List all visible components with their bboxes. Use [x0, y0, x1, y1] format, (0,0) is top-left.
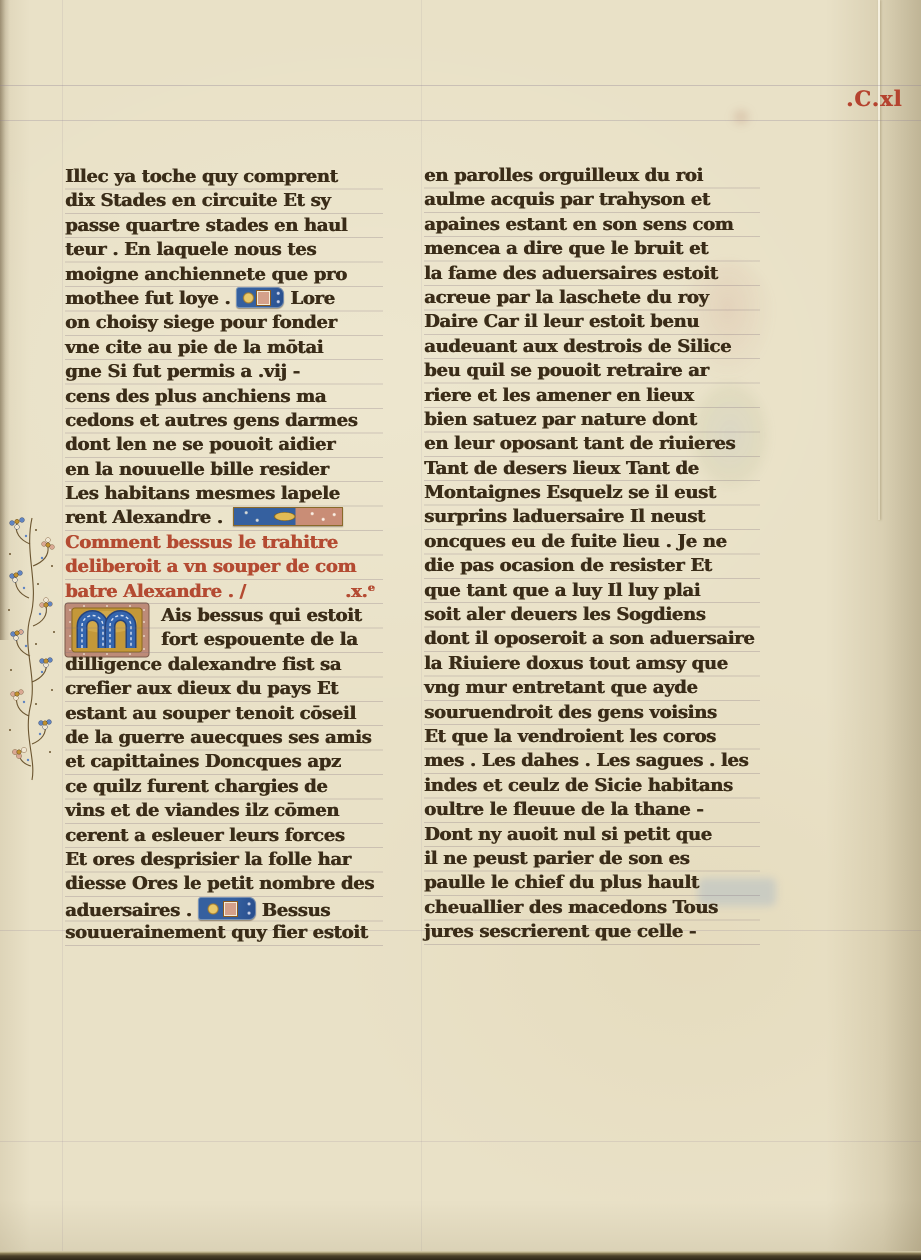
manuscript-line: soit aler deuers les Sogdiens: [424, 603, 760, 627]
line-text: dont len ne se pouoit aidier: [65, 434, 335, 455]
line-text: dont il oposeroit a son aduersaire: [424, 628, 754, 649]
manuscript-line: souruendroit des gens voisins: [424, 701, 760, 725]
manuscript-page: .C.xl: [0, 0, 921, 1260]
line-text: Et que la vendroient les coros: [424, 726, 716, 747]
line-text: crefier aux dieux du pays Et: [65, 678, 338, 699]
manuscript-line: Illec ya toche quy comprent: [65, 165, 383, 189]
text-column-right: en parolles orguilleux du roi aulme acqu…: [424, 164, 760, 945]
line-text: Ais bessus qui estoit: [161, 605, 362, 626]
line-text: aduersaires .: [65, 900, 192, 921]
manuscript-line: oultre le fleuue de la thane -: [424, 798, 760, 822]
line-text: batre Alexandre . /: [65, 580, 246, 604]
manuscript-line: die pas ocasion de resister Et: [424, 554, 760, 578]
line-text: ce quilz furent chargies de: [65, 776, 327, 797]
manuscript-line: dont len ne se pouoit aidier: [65, 433, 383, 457]
line-text: estant au souper tenoit cōseil: [65, 703, 356, 724]
manuscript-line: surprins laduersaire Il neust: [424, 505, 760, 529]
manuscript-line: que tant que a luy Il luy plai: [424, 579, 760, 603]
manuscript-line: beu quil se pouoit retraire ar: [424, 359, 760, 383]
manuscript-line: Et ores desprisier la folle har: [65, 848, 383, 872]
page-bottom-edge: [0, 1251, 921, 1260]
ruling-line-vertical: [421, 0, 422, 1260]
line-text: mes . Les dahes . Les sagues . les: [424, 750, 748, 771]
line-text: en parolles orguilleux du roi: [424, 165, 703, 186]
line-text: deliberoit a vn souper de com: [65, 556, 356, 577]
line-text: mencea a dire que le bruit et: [424, 238, 708, 259]
manuscript-line: acreue par la laschete du roy: [424, 286, 760, 310]
line-text: dix Stades en circuite Et sy: [65, 190, 330, 211]
line-text: Comment bessus le trahitre: [65, 532, 338, 553]
manuscript-line: mothee fut loye .Lore: [65, 287, 383, 311]
manuscript-line: en leur oposant tant de riuieres: [424, 432, 760, 456]
line-text: Tant de desers lieux Tant de: [424, 458, 699, 479]
line-text: moigne anchiennete que pro: [65, 264, 347, 285]
text-column-left: Illec ya toche quy comprent dix Stades e…: [65, 165, 383, 946]
line-text: .x.ᵉ: [345, 580, 375, 604]
manuscript-line: moigne anchiennete que pro: [65, 263, 383, 287]
flower: [10, 518, 25, 530]
manuscript-line: crefier aux dieux du pays Et: [65, 677, 383, 701]
manuscript-line: vne cite au pie de la mōtai: [65, 336, 383, 360]
manuscript-line: cens des plus anchiens ma: [65, 385, 383, 409]
line-text: en la nouuelle bille resider: [65, 459, 329, 480]
manuscript-line: dix Stades en circuite Et sy: [65, 189, 383, 213]
manuscript-line: de la guerre auecques ses amis: [65, 726, 383, 750]
manuscript-line: vng mur entretant que ayde: [424, 676, 760, 700]
manuscript-line: la fame des aduersaires estoit: [424, 262, 760, 286]
manuscript-line: aduersaires .Bessus: [65, 897, 383, 921]
line-text: indes et ceulz de Sicie habitans: [424, 775, 733, 796]
line-text: beu quil se pouoit retraire ar: [424, 360, 709, 381]
floral-vine-border-icon: [2, 514, 64, 784]
manuscript-line: riere et les amener en lieux: [424, 384, 760, 408]
ink-bleed-stain: [728, 108, 754, 126]
folio-number: .C.xl: [846, 86, 921, 111]
ruling-line: [0, 1141, 921, 1142]
line-filler-ornament-icon: [198, 897, 256, 920]
line-text: apaines estant en son sens com: [424, 214, 733, 235]
manuscript-line: paulle le chief du plus hault: [424, 871, 760, 895]
manuscript-line: mencea a dire que le bruit et: [424, 237, 760, 261]
line-text: souuerainement quy fier estoit: [65, 922, 368, 943]
line-text: audeuant aux destrois de Silice: [424, 336, 731, 357]
manuscript-line: teur . En laquele nous tes: [65, 238, 383, 262]
line-text: que tant que a luy Il luy plai: [424, 580, 700, 601]
manuscript-line: Daire Car il leur estoit benu: [424, 310, 760, 334]
manuscript-line: jures sescrierent que celle -: [424, 920, 760, 944]
line-text: vng mur entretant que ayde: [424, 677, 697, 698]
line-text: teur . En laquele nous tes: [65, 239, 316, 260]
manuscript-line: diesse Ores le petit nombre des: [65, 872, 383, 896]
manuscript-line: gne Si fut permis a .vij -: [65, 360, 383, 384]
manuscript-line: cerent a esleuer leurs forces: [65, 824, 383, 848]
manuscript-line: batre Alexandre . /.x.ᵉ: [65, 580, 383, 604]
line-text: en leur oposant tant de riuieres: [424, 433, 735, 454]
line-text: passe quartre stades en haul: [65, 215, 347, 236]
manuscript-line: rent Alexandre .: [65, 506, 383, 530]
line-text: oultre le fleuue de la thane -: [424, 799, 703, 820]
manuscript-line: cedons et autres gens darmes: [65, 409, 383, 433]
manuscript-line: ce quilz furent chargies de: [65, 775, 383, 799]
line-text: bien satuez par nature dont: [424, 409, 697, 430]
line-text: acreue par la laschete du roy: [424, 287, 709, 308]
manuscript-line: estant au souper tenoit cōseil: [65, 702, 383, 726]
manuscript-line: mes . Les dahes . Les sagues . les: [424, 749, 760, 773]
manuscript-line: Montaignes Esquelz se il eust: [424, 481, 760, 505]
manuscript-line: Et que la vendroient les coros: [424, 725, 760, 749]
line-text: die pas ocasion de resister Et: [424, 555, 712, 576]
line-text: dilligence dalexandre fist sa: [65, 654, 341, 675]
line-text: vne cite au pie de la mōtai: [65, 337, 323, 358]
line-text: cheuallier des macedons Tous: [424, 897, 718, 918]
line-text: la fame des aduersaires estoit: [424, 263, 718, 284]
manuscript-line: la Riuiere doxus tout amsy que: [424, 652, 760, 676]
line-text: diesse Ores le petit nombre des: [65, 873, 374, 894]
line-text: Les habitans mesmes lapele: [65, 483, 340, 504]
manuscript-line: bien satuez par nature dont: [424, 408, 760, 432]
line-text: oncques eu de fuite lieu . Je ne: [424, 531, 727, 552]
line-text: cerent a esleuer leurs forces: [65, 825, 344, 846]
manuscript-line: Les habitans mesmes lapele: [65, 482, 383, 506]
line-text: surprins laduersaire Il neust: [424, 506, 705, 527]
line-text: Dont ny auoit nul si petit que: [424, 824, 712, 845]
line-filler-ornament-icon: [236, 287, 284, 308]
line-text: paulle le chief du plus hault: [424, 872, 699, 893]
ruling-line: [0, 120, 921, 121]
manuscript-line: Comment bessus le trahitre: [65, 531, 383, 555]
line-text: Daire Car il leur estoit benu: [424, 311, 699, 332]
line-text: cedons et autres gens darmes: [65, 410, 357, 431]
line-text: soit aler deuers les Sogdiens: [424, 604, 705, 625]
line-text: de la guerre auecques ses amis: [65, 727, 371, 748]
manuscript-line: Tant de desers lieux Tant de: [424, 457, 760, 481]
manuscript-line: il ne peust parier de son es: [424, 847, 760, 871]
manuscript-line: dilligence dalexandre fist sa: [65, 653, 383, 677]
manuscript-line: oncques eu de fuite lieu . Je ne: [424, 530, 760, 554]
manuscript-line: souuerainement quy fier estoit: [65, 921, 383, 945]
line-text: fort espouente de la: [161, 629, 357, 650]
manuscript-line: deliberoit a vn souper de com: [65, 555, 383, 579]
manuscript-line: vins et de viandes ilz cōmen: [65, 799, 383, 823]
line-text: cens des plus anchiens ma: [65, 386, 326, 407]
line-text: gne Si fut permis a .vij -: [65, 361, 300, 382]
manuscript-line: indes et ceulz de Sicie habitans: [424, 774, 760, 798]
manuscript-line: en la nouuelle bille resider: [65, 458, 383, 482]
line-text: mothee fut loye .: [65, 288, 230, 309]
line-text: jures sescrierent que celle -: [424, 921, 696, 942]
manuscript-line: Dont ny auoit nul si petit que: [424, 823, 760, 847]
parchment-crease: [878, 0, 880, 520]
line-text: rent Alexandre .: [65, 507, 223, 528]
manuscript-line: en parolles orguilleux du roi: [424, 164, 760, 188]
manuscript-line: fort espouente de la: [65, 628, 383, 652]
line-text: souruendroit des gens voisins: [424, 702, 717, 723]
manuscript-line: passe quartre stades en haul: [65, 214, 383, 238]
manuscript-line: apaines estant en son sens com: [424, 213, 760, 237]
manuscript-line: audeuant aux destrois de Silice: [424, 335, 760, 359]
line-text: vins et de viandes ilz cōmen: [65, 800, 339, 821]
line-text: Bessus: [262, 900, 330, 921]
manuscript-line: et capittaines Doncques apz: [65, 750, 383, 774]
manuscript-line: dont il oposeroit a son aduersaire: [424, 627, 760, 651]
line-text: il ne peust parier de son es: [424, 848, 689, 869]
manuscript-line: on choisy siege pour fonder: [65, 311, 383, 335]
line-text: on choisy siege pour fonder: [65, 312, 337, 333]
line-filler-ornament-icon: [233, 507, 343, 526]
line-text: la Riuiere doxus tout amsy que: [424, 653, 728, 674]
ruling-line: [0, 85, 921, 86]
line-text: riere et les amener en lieux: [424, 385, 694, 406]
line-text: Illec ya toche quy comprent: [65, 166, 337, 187]
manuscript-line: cheuallier des macedons Tous: [424, 896, 760, 920]
line-text: Et ores desprisier la folle har: [65, 849, 351, 870]
line-text: Lore: [290, 288, 334, 309]
line-text: Montaignes Esquelz se il eust: [424, 482, 716, 503]
line-text: et capittaines Doncques apz: [65, 751, 341, 772]
manuscript-line: aulme acquis par trahyson et: [424, 188, 760, 212]
manuscript-line: Ais bessus qui estoit: [65, 604, 383, 628]
line-text: aulme acquis par trahyson et: [424, 189, 710, 210]
